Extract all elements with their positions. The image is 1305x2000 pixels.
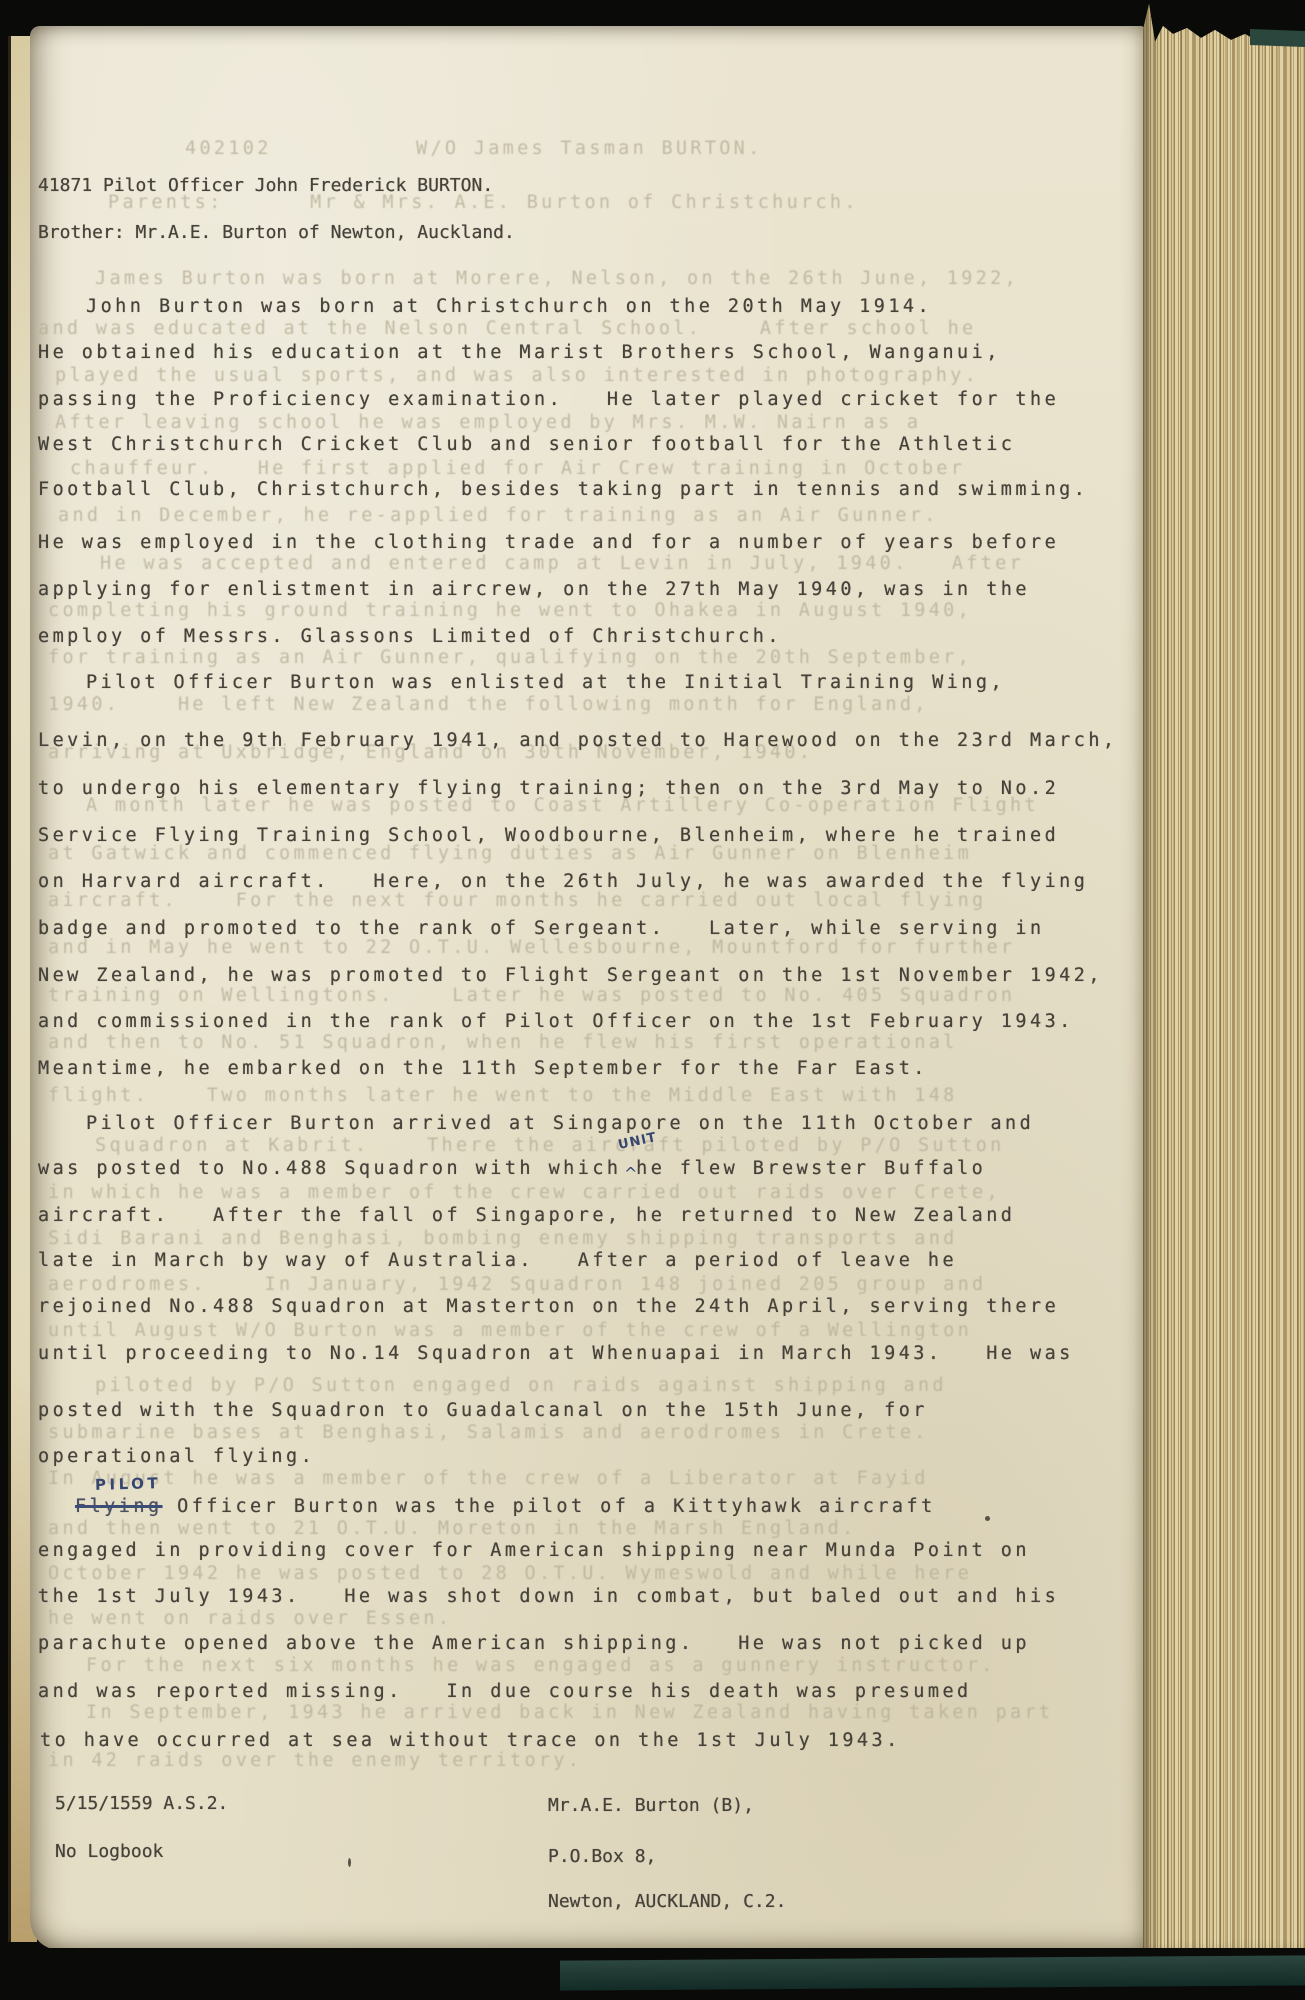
- handwritten-unit-annotation: UNIT: [617, 1130, 658, 1153]
- handwritten-annotation-layer: UNIT^PILOT: [0, 0, 1305, 2000]
- book-scan: 402102 W/O James Tasman BURTON.Parents: …: [0, 0, 1305, 2000]
- handwritten-caret-annotation: ^: [624, 1164, 637, 1183]
- ink-artifact: [985, 1516, 990, 1521]
- handwritten-pilot-annotation: PILOT: [95, 1474, 162, 1494]
- ink-artifact: [348, 1858, 351, 1867]
